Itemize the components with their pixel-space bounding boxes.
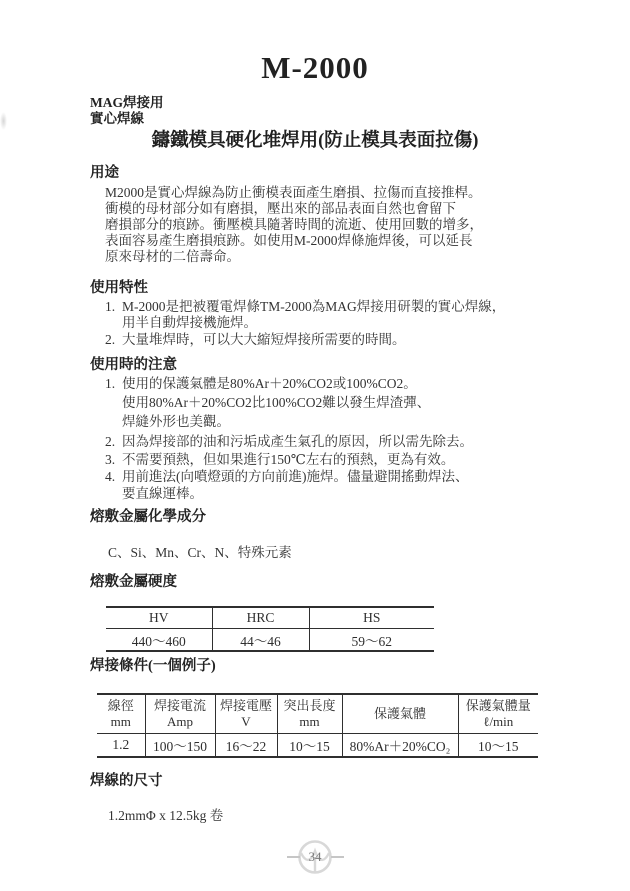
table-row: HV HRC HS (106, 607, 434, 629)
text-line: 衝模的母材部分如有磨損，壓出來的部品表面自然也會留下 (105, 201, 483, 217)
table-cell: 1.2 (97, 734, 145, 758)
text-line: M-2000是把被覆電焊條TM-2000為MAG焊接用研製的實心焊線， (122, 299, 505, 315)
product-type-block: MAG焊接用 實心焊線 (90, 95, 164, 126)
table-cell: 10～15 (277, 734, 342, 758)
list-item-number: 2. (105, 332, 122, 348)
column-unit: Amp (146, 714, 215, 730)
list-item-number: 2. (105, 434, 122, 451)
column-unit: ℓ/min (459, 714, 539, 730)
text-line: 因為焊接部的油和污垢成產生氣孔的原因，所以需先除去。 (122, 434, 473, 451)
table-cell: 16～22 (215, 734, 277, 758)
list-item-number: 1. (105, 299, 122, 332)
section-heading-cautions: 使用時的注意 (90, 357, 473, 374)
table-cell: 10～15 (458, 734, 538, 758)
list-item-lines: 不需要預熱，但如果進行150℃左右的預熱，更為有效。 (122, 452, 454, 469)
list-item: 3. 不需要預熱，但如果進行150℃左右的預熱，更為有效。 (105, 452, 473, 469)
section-heading-usage: 用途 (90, 165, 483, 182)
page-subtitle: 鑄鐵模具硬化堆焊用(防止模具表面拉傷) (0, 126, 630, 152)
table-cell: 100～150 (145, 734, 215, 758)
section-heading-features: 使用特性 (90, 280, 505, 297)
list-item-number: 1. (105, 376, 122, 433)
column-title: 焊接電壓 (216, 698, 277, 714)
list-item-lines: M-2000是把被覆電焊條TM-2000為MAG焊接用研製的實心焊線， 用半自動… (122, 299, 505, 332)
list-item-number: 3. (105, 452, 122, 469)
table-cell: 44～46 (212, 629, 309, 652)
section-size: 焊線的尺寸 1.2mmΦ x 12.5kg 卷 (90, 773, 223, 824)
column-unit: mm (97, 714, 145, 730)
list-item: 4. 用前進法(向噴燈頭的方向前進)施焊。儘量避開搖動焊法、 要直線運棒。 (105, 469, 473, 502)
column-title: 焊接電流 (146, 698, 215, 714)
page-title: M-2000 (0, 50, 630, 86)
section-heading-chemistry: 熔敷金屬化學成分 (90, 509, 292, 526)
hardness-table: HV HRC HS 440～460 44～46 59～62 (106, 606, 434, 652)
text-line: 用半自動焊接機施焊。 (122, 315, 505, 331)
dash-left (287, 856, 300, 858)
table-cell: 440～460 (106, 629, 212, 652)
section-heading-conditions: 焊接條件(一個例子) (90, 658, 216, 675)
features-list: 1. M-2000是把被覆電焊條TM-2000為MAG焊接用研製的實心焊線， 用… (105, 299, 505, 348)
usage-paragraph: M2000是實心焊線為防止衝模表面產生磨損、拉傷而直接推桿。 衝模的母材部分如有… (105, 185, 483, 265)
text-line: 表面容易產生磨損痕跡。如使用M-2000焊條施焊後，可以延長 (105, 233, 483, 249)
column-title: 線徑 (97, 698, 145, 714)
table-header-cell: 焊接電流 Amp (145, 694, 215, 734)
chemistry-content: C、Si、Mn、Cr、N、特殊元素 (108, 541, 292, 561)
list-item: 1. 使用的保護氣體是80%Ar＋20%CO2或100%CO2。 使用80%Ar… (105, 376, 473, 433)
section-cautions: 使用時的注意 1. 使用的保護氣體是80%Ar＋20%CO2或100%CO2。 … (90, 357, 473, 502)
page-footer: 34 (0, 833, 630, 881)
section-chemistry: 熔敷金屬化學成分 C、Si、Mn、Cr、N、特殊元素 (90, 509, 292, 561)
product-type-line-1: MAG焊接用 (90, 95, 164, 111)
text-line: 使用80%Ar＋20%CO2比100%CO2難以發生焊渣彈、 (122, 395, 430, 412)
section-heading-hardness: 熔敷金屬硬度 (90, 574, 177, 591)
dash-right (331, 856, 344, 858)
table-header-cell: HV (106, 607, 212, 629)
table-header-cell: HRC (212, 607, 309, 629)
cautions-list: 1. 使用的保護氣體是80%Ar＋20%CO2或100%CO2。 使用80%Ar… (105, 376, 473, 502)
text-line: 用前進法(向噴燈頭的方向前進)施焊。儘量避開搖動焊法、 (122, 469, 469, 486)
list-item-lines: 使用的保護氣體是80%Ar＋20%CO2或100%CO2。 使用80%Ar＋20… (122, 376, 430, 433)
list-item-lines: 因為焊接部的油和污垢成產生氣孔的原因，所以需先除去。 (122, 434, 473, 451)
section-usage: 用途 M2000是實心焊線為防止衝模表面產生磨損、拉傷而直接推桿。 衝模的母材部… (90, 165, 483, 265)
list-item-number: 4. (105, 469, 122, 502)
page-number: 34 (309, 849, 322, 865)
list-item-lines: 大量堆焊時，可以大大縮短焊接所需要的時間。 (122, 332, 406, 348)
column-title: 保護氣體 (343, 706, 458, 722)
column-unit: mm (278, 714, 342, 730)
list-item: 2. 因為焊接部的油和污垢成產生氣孔的原因，所以需先除去。 (105, 434, 473, 451)
welding-conditions-table: 線徑 mm 焊接電流 Amp 焊接電壓 V 突出長度 mm 保護氣體 (97, 693, 538, 758)
section-features: 使用特性 1. M-2000是把被覆電焊條TM-2000為MAG焊接用研製的實心… (90, 280, 505, 348)
section-heading-size: 焊線的尺寸 (90, 773, 223, 790)
list-item: 1. M-2000是把被覆電焊條TM-2000為MAG焊接用研製的實心焊線， 用… (105, 299, 505, 332)
table-header-cell: 突出長度 mm (277, 694, 342, 734)
text-line: 原來母材的二倍壽命。 (105, 249, 483, 265)
table-row: 線徑 mm 焊接電流 Amp 焊接電壓 V 突出長度 mm 保護氣體 (97, 694, 538, 734)
text-line: 要直線運棒。 (122, 486, 469, 503)
table-cell: 80%Ar＋20%CO₂ (342, 734, 458, 758)
list-item-lines: 用前進法(向噴燈頭的方向前進)施焊。儘量避開搖動焊法、 要直線運棒。 (122, 469, 469, 502)
text-line: 磨損部分的痕跡。衝壓模具隨著時間的流逝、使用回數的增多， (105, 217, 483, 233)
size-content: 1.2mmΦ x 12.5kg 卷 (108, 804, 223, 824)
table-header-cell: 保護氣體 (342, 694, 458, 734)
table-header-cell: HS (309, 607, 434, 629)
page-number-row: 34 (0, 833, 630, 881)
datasheet-page: M-2000 MAG焊接用 實心焊線 鑄鐵模具硬化堆焊用(防止模具表面拉傷) 用… (0, 0, 630, 891)
section-heading-conditions-wrap: 焊接條件(一個例子) (90, 658, 216, 675)
text-line: 使用的保護氣體是80%Ar＋20%CO2或100%CO2。 (122, 376, 430, 393)
table-header-cell: 線徑 mm (97, 694, 145, 734)
product-type-line-2: 實心焊線 (90, 111, 164, 127)
section-heading-hardness-wrap: 熔敷金屬硬度 (90, 574, 177, 591)
text-line: M2000是實心焊線為防止衝模表面產生磨損、拉傷而直接推桿。 (105, 185, 483, 201)
table-header-cell: 保護氣體量 ℓ/min (458, 694, 538, 734)
table-row: 440～460 44～46 59～62 (106, 629, 434, 652)
table-cell: 59～62 (309, 629, 434, 652)
column-title: 突出長度 (278, 698, 342, 714)
text-line: 不需要預熱，但如果進行150℃左右的預熱，更為有效。 (122, 452, 454, 469)
column-title: 保護氣體量 (459, 698, 539, 714)
text-line: 大量堆焊時，可以大大縮短焊接所需要的時間。 (122, 332, 406, 348)
table-header-cell: 焊接電壓 V (215, 694, 277, 734)
text-line: 焊縫外形也美觀。 (122, 414, 430, 431)
list-item: 2. 大量堆焊時，可以大大縮短焊接所需要的時間。 (105, 332, 505, 348)
column-unit: V (216, 714, 277, 730)
table-row: 1.2 100～150 16～22 10～15 80%Ar＋20%CO₂ 10～… (97, 734, 538, 758)
